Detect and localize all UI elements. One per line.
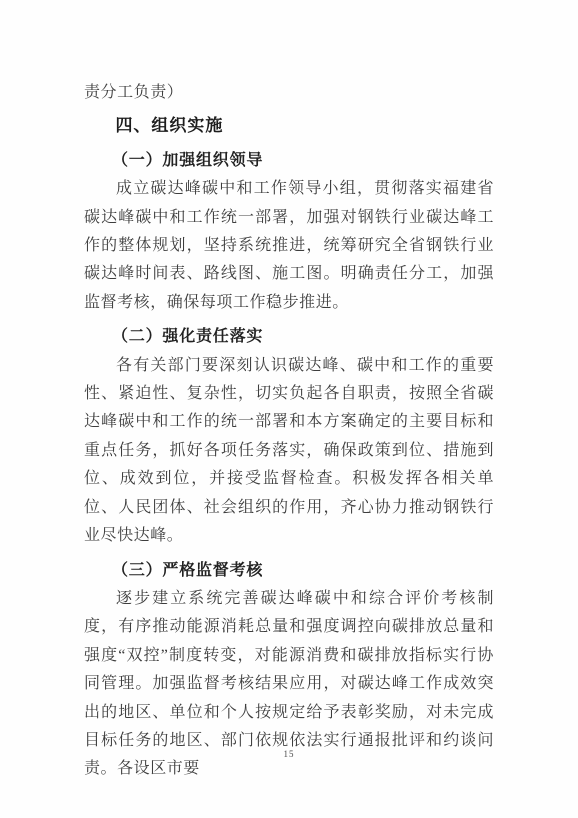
section-2-paragraph: 各有关部门要深刻认识碳达峰、碳中和工作的重要性、紧迫性、复杂性，切实负起各自职责… <box>84 352 494 551</box>
section-1-heading: （一）加强组织领导 <box>84 147 494 175</box>
page-content: 责分工负责） 四、组织实施 （一）加强组织领导 成立碳达峰碳中和工作领导小组，贯… <box>84 79 494 784</box>
chapter-heading: 四、组织实施 <box>84 112 494 140</box>
section-1-paragraph: 成立碳达峰碳中和工作领导小组，贯彻落实福建省碳达峰碳中和工作统一部署，加强对钢铁… <box>84 175 494 317</box>
section-2-heading: （二）强化责任落实 <box>84 323 494 351</box>
document-page: 责分工负责） 四、组织实施 （一）加强组织领导 成立碳达峰碳中和工作领导小组，贯… <box>0 0 578 818</box>
continuation-line: 责分工负责） <box>84 79 494 107</box>
section-3-heading: （三）严格监督考核 <box>84 557 494 585</box>
page-number: 15 <box>0 749 578 759</box>
